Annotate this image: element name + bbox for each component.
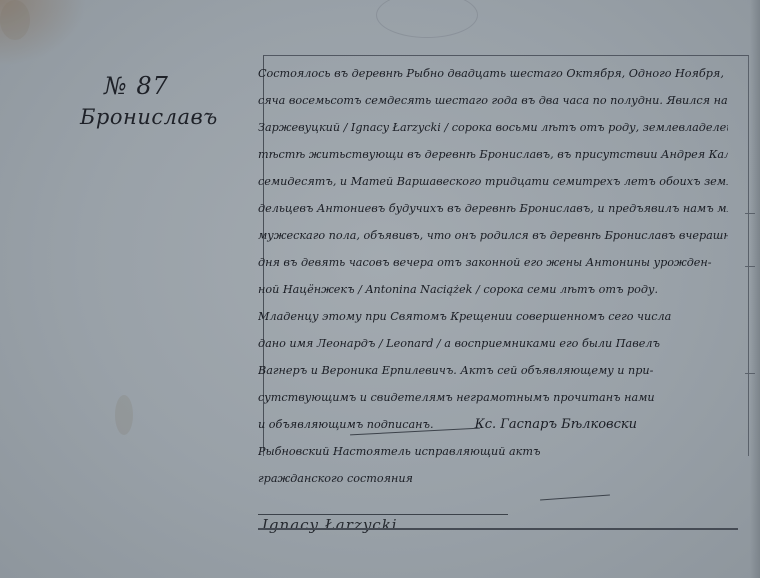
entry-line: Вагнеръ и Вероника Ерпилевичъ. Актъ сей … <box>258 357 728 384</box>
entry-text: Состоялось въ деревнѣ Рыбно двадцать шес… <box>258 60 728 492</box>
ruling-tick <box>745 266 755 267</box>
paper-stain <box>115 395 133 435</box>
record-number: № 87 <box>104 72 169 100</box>
entry-line: дано имя Леонардъ / Leonard / а восприем… <box>258 330 728 357</box>
declarant-signature: Ignacy Łarzycki <box>262 516 398 534</box>
signature-underline <box>258 514 508 515</box>
entry-line-text: и объявляющимъ подписанъ. <box>258 418 434 431</box>
entry-line: дня въ девять часовъ вечера отъ законной… <box>258 249 728 276</box>
entry-line: Младенцу этому при Святомъ Крещении сове… <box>258 303 728 330</box>
paper-stain <box>0 0 30 40</box>
entry-line: Состоялось въ деревнѣ Рыбно двадцать шес… <box>258 60 728 87</box>
ruling-tick <box>745 213 755 214</box>
entry-line: Заржевуцкий / Ignacy Łarzycki / сорока в… <box>258 114 728 141</box>
document-page: № 87 Брониславъ Состоялось въ деревнѣ Ры… <box>0 0 760 578</box>
entry-line: дельцевъ Антониевъ будучихъ въ деревнѣ Б… <box>258 195 728 222</box>
entry-line: сяча восемьсотъ семдесять шестаго года в… <box>258 87 728 114</box>
page-edge <box>750 0 760 578</box>
entry-line: семидесятъ, и Матей Варшавеского тридцат… <box>258 168 728 195</box>
signature-flourish <box>540 495 610 501</box>
entry-line: мужескаго пола, объявивъ, что онъ родилс… <box>258 222 728 249</box>
faded-stamp <box>376 0 478 38</box>
child-name-heading: Брониславъ <box>80 105 218 129</box>
entry-line: гражданского состояния <box>258 465 728 492</box>
priest-signature: Кс. Гаспаръ Бѣлковски <box>475 417 637 432</box>
bottom-rule <box>258 528 738 530</box>
entry-line: и объявляющимъ подписанъ. Кс. Гаспаръ Бѣ… <box>258 411 728 438</box>
entry-line: Рыбновский Настоятель исправляющий актъ <box>258 438 728 465</box>
entry-line: сутствующимъ и свидетелямъ неграмотнымъ … <box>258 384 728 411</box>
ruling-tick <box>745 373 755 374</box>
entry-line: ной Нацёнжекъ / Antonina Naciążek / соро… <box>258 276 728 303</box>
entry-line: тѣстѣ житьствующи въ деревнѣ Брониславъ,… <box>258 141 728 168</box>
